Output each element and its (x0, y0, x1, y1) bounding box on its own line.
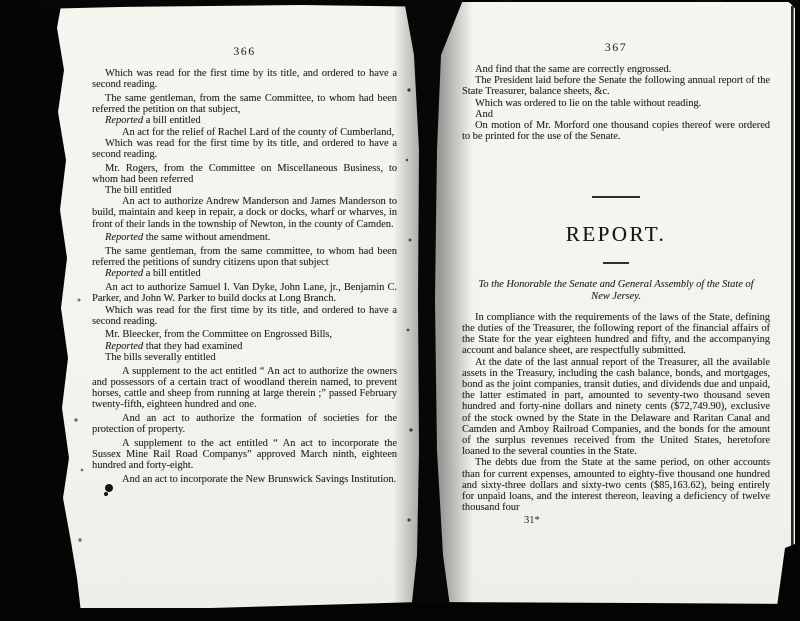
paragraph: The same gentleman, from the same commit… (92, 246, 397, 268)
act-title: An act to authorize Andrew Manderson and… (92, 196, 397, 230)
gutter-shadow-soft (393, 0, 473, 621)
paragraph: In compliance with the requirements of t… (462, 312, 770, 357)
italic-lead: Reported (105, 268, 143, 279)
paragraph: The same gentleman, from the same Commit… (92, 93, 397, 115)
left-page: 366 Which was read for the first time by… (92, 44, 397, 485)
paragraph: Which was read for the first time by its… (92, 138, 397, 160)
paragraph: Reported that they had examined (92, 341, 397, 352)
section-divider (603, 262, 629, 264)
paragraph: Which was read for the first time by its… (92, 305, 397, 327)
paragraph: And (462, 109, 770, 120)
paragraph: Which was read for the first time by its… (92, 68, 397, 90)
scanned-book-spread: 366 Which was read for the first time by… (0, 0, 800, 621)
italic-lead: Reported (105, 341, 143, 352)
paragraph: Mr. Rogers, from the Committee on Miscel… (92, 163, 397, 185)
paragraph: The bills severally entitled (92, 352, 397, 363)
act-title: An act for the relief of Rachel Lard of … (92, 127, 397, 138)
paragraph: And find that the same are correctly eng… (462, 64, 770, 75)
act-title: And an act to incorporate the New Brunsw… (92, 474, 397, 485)
paragraph: The bill entitled (92, 185, 397, 196)
left-page-text: Which was read for the first time by its… (92, 68, 397, 485)
right-page: 367 And find that the same are correctly… (462, 40, 770, 526)
page-number-right: 367 (462, 40, 770, 55)
right-page-text: And find that the same are correctly eng… (462, 64, 770, 526)
act-title: A supplement to the act entitled “ An ac… (92, 438, 397, 472)
italic-lead: Reported (105, 115, 143, 126)
signature-mark: 31* (524, 515, 770, 526)
report-heading: REPORT. (462, 222, 770, 247)
paragraph: On motion of Mr. Morford one thousand co… (462, 120, 770, 142)
paragraph: The debts due from the State at the same… (462, 457, 770, 513)
paragraph: Mr. Bleecker, from the Committee on Engr… (92, 329, 397, 340)
page-number-left: 366 (92, 44, 397, 59)
paragraph: The President laid before the Senate the… (462, 75, 770, 97)
paragraph: Reported a bill entitled (92, 268, 397, 279)
paragraph: At the date of the last annual report of… (462, 357, 770, 458)
paragraph: Reported a bill entitled (92, 115, 397, 126)
paragraph: Reported the same without amendment. (92, 232, 397, 243)
act-title: And an act to authorize the formation of… (92, 413, 397, 435)
act-title: A supplement to the act entitled “ An ac… (92, 366, 397, 411)
paragraph: Which was ordered to lie on the table wi… (462, 98, 770, 109)
salutation: To the Honorable the Senate and General … (462, 279, 770, 301)
italic-lead: Reported (105, 232, 143, 243)
act-title: An act to authorize Samuel I. Van Dyke, … (92, 282, 397, 304)
section-divider (592, 196, 640, 198)
